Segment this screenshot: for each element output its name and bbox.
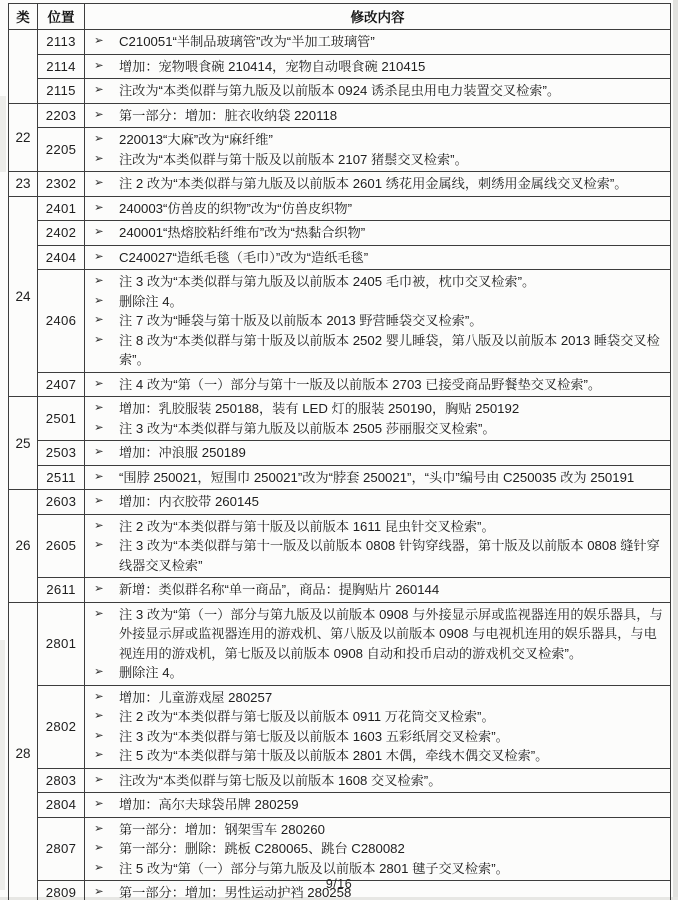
content-cell: ➢注 2 改为“本类似群与第九版及以前版本 2601 绣花用金属线，刺绣用金属线… [85,172,671,197]
table-row: 2802➢增加：儿童游戏屋 280257➢注 2 改为“本类似群与第七版及以前版… [9,685,671,768]
content-cell: ➢增加：乳胶服装 250188，装有 LED 灯的服装 250190，胸贴 25… [85,397,671,441]
arrowhead-bullet-icon: ➢ [85,820,119,840]
content-cell: ➢增加：内衣胶带 260145 [85,490,671,515]
arrowhead-bullet-icon: ➢ [85,292,119,312]
position-cell: 2611 [38,578,85,603]
modification-line: ➢220013“大麻”改为“麻纤维” [85,130,664,150]
position-cell: 2503 [38,441,85,466]
modification-text: 增加：宠物喂食碗 210414，宠物自动喂食碗 210415 [119,57,664,77]
modification-text: 删除注 4。 [119,292,664,312]
position-cell: 2113 [38,30,85,55]
content-cell: ➢240001“热熔胶粘纤维布”改为“热黏合织物” [85,221,671,246]
modification-text: 注 5 改为“本类似群与第十版及以前版本 2801 木偶，牵线木偶交叉检索”。 [119,746,664,766]
page-number: 9/16 [0,877,678,891]
arrowhead-bullet-icon: ➢ [85,580,119,600]
modification-line: ➢注 3 改为“第（一）部分与第九版及以前版本 0908 与外接显示屏或监视器连… [85,605,664,664]
modification-text: 注 5 改为“第（一）部分与第九版及以前版本 2801 毽子交叉检索”。 [119,859,664,879]
modification-text: C210051“半制品玻璃管”改为“半加工玻璃管” [119,32,664,52]
arrowhead-bullet-icon: ➢ [85,32,119,52]
table-row: 2503➢增加：冲浪服 250189 [9,441,671,466]
content-cell: ➢C210051“半制品玻璃管”改为“半加工玻璃管” [85,30,671,55]
table-row: 262603➢增加：内衣胶带 260145 [9,490,671,515]
position-cell: 2115 [38,79,85,104]
table-row: 222203➢第一部分：增加：脏衣收纳袋 220118 [9,103,671,128]
modification-line: ➢注 3 改为“本类似群与第十一版及以前版本 0808 针钩穿线器，第十版及以前… [85,536,664,575]
content-cell: ➢新增：类似群名称“单一商品”，商品：提胸贴片 260144 [85,578,671,603]
modification-line: ➢增加：冲浪服 250189 [85,443,664,463]
modification-text: 240001“热熔胶粘纤维布”改为“热黏合织物” [119,223,664,243]
class-cell: 28 [9,602,38,900]
modification-text: 增加：乳胶服装 250188，装有 LED 灯的服装 250190，胸贴 250… [119,399,664,419]
modification-text: 删除注 4。 [119,663,664,683]
modification-line: ➢“围脖 250021，短围巾 250021”改为“脖套 250021”，“头巾… [85,468,664,488]
arrowhead-bullet-icon: ➢ [85,688,119,708]
arrowhead-bullet-icon: ➢ [85,174,119,194]
modification-text: 注改为“本类似群与第七版及以前版本 1608 交叉检索”。 [119,771,664,791]
modification-line: ➢注 3 改为“本类似群与第七版及以前版本 1603 五彩纸屑交叉检索”。 [85,727,664,747]
content-cell: ➢第一部分：增加：钢架雪车 280260➢第一部分：删除：跳板 C280065、… [85,817,671,881]
modification-text: 注 2 改为“本类似群与第十版及以前版本 1611 昆虫针交叉检索”。 [119,517,664,537]
content-cell: ➢增加：冲浪服 250189 [85,441,671,466]
table-row: 2114➢增加：宠物喂食碗 210414，宠物自动喂食碗 210415 [9,54,671,79]
modification-line: ➢C240027“造纸毛毯（毛巾）”改为“造纸毛毯” [85,248,664,268]
position-cell: 2501 [38,397,85,441]
content-cell: ➢增加：宠物喂食碗 210414，宠物自动喂食碗 210415 [85,54,671,79]
table-row: 2605➢注 2 改为“本类似群与第十版及以前版本 1611 昆虫针交叉检索”。… [9,514,671,578]
modification-text: 220013“大麻”改为“麻纤维” [119,130,664,150]
arrowhead-bullet-icon: ➢ [85,468,119,488]
arrowhead-bullet-icon: ➢ [85,517,119,537]
modification-text: 增加：内衣胶带 260145 [119,492,664,512]
content-cell: ➢注 3 改为“本类似群与第九版及以前版本 2405 毛巾被，枕巾交叉检索”。➢… [85,270,671,373]
table-row: 2406➢注 3 改为“本类似群与第九版及以前版本 2405 毛巾被，枕巾交叉检… [9,270,671,373]
column-header-position: 位置 [38,4,85,30]
arrowhead-bullet-icon: ➢ [85,771,119,791]
arrowhead-bullet-icon: ➢ [85,492,119,512]
modification-text: 注 4 改为“第（一）部分与第十一版及以前版本 2703 已接受商品野餐垫交叉检… [119,375,664,395]
arrowhead-bullet-icon: ➢ [85,746,119,766]
modification-line: ➢注 2 改为“本类似群与第十版及以前版本 1611 昆虫针交叉检索”。 [85,517,664,537]
modification-text: 注 7 改为“睡袋与第十版及以前版本 2013 野营睡袋交叉检索”。 [119,311,664,331]
modification-line: ➢增加：乳胶服装 250188，装有 LED 灯的服装 250190，胸贴 25… [85,399,664,419]
modification-line: ➢新增：类似群名称“单一商品”，商品：提胸贴片 260144 [85,580,664,600]
table-row: 2402➢240001“热熔胶粘纤维布”改为“热黏合织物” [9,221,671,246]
arrowhead-bullet-icon: ➢ [85,331,119,351]
arrowhead-bullet-icon: ➢ [85,150,119,170]
content-cell: ➢240003“仿兽皮的织物”改为“仿兽皮织物” [85,196,671,221]
modification-text: 注 3 改为“本类似群与第十一版及以前版本 0808 针钩穿线器，第十版及以前版… [119,536,664,575]
scan-artifact [0,96,6,172]
modification-text: C240027“造纸毛毯（毛巾）”改为“造纸毛毯” [119,248,664,268]
modification-text: 注 2 改为“本类似群与第九版及以前版本 2601 绣花用金属线，刺绣用金属线交… [119,174,664,194]
content-cell: ➢C240027“造纸毛毯（毛巾）”改为“造纸毛毯” [85,245,671,270]
modification-line: ➢删除注 4。 [85,663,664,683]
modification-line: ➢注 3 改为“本类似群与第九版及以前版本 2405 毛巾被，枕巾交叉检索”。 [85,272,664,292]
position-cell: 2401 [38,196,85,221]
table-row: 282801➢注 3 改为“第（一）部分与第九版及以前版本 0908 与外接显示… [9,602,671,685]
content-cell: ➢注 3 改为“第（一）部分与第九版及以前版本 0908 与外接显示屏或监视器连… [85,602,671,685]
modification-line: ➢注 4 改为“第（一）部分与第十一版及以前版本 2703 已接受商品野餐垫交叉… [85,375,664,395]
position-cell: 2203 [38,103,85,128]
modification-line: ➢增加：内衣胶带 260145 [85,492,664,512]
arrowhead-bullet-icon: ➢ [85,443,119,463]
modification-text: 第一部分：增加：钢架雪车 280260 [119,820,664,840]
arrowhead-bullet-icon: ➢ [85,839,119,859]
column-header-class: 类 [9,4,38,30]
modification-line: ➢第一部分：删除：跳板 C280065、跳台 C280082 [85,839,664,859]
modification-text: 240003“仿兽皮的织物”改为“仿兽皮织物” [119,199,664,219]
arrowhead-bullet-icon: ➢ [85,859,119,879]
position-cell: 2804 [38,793,85,818]
table-body: 2113➢C210051“半制品玻璃管”改为“半加工玻璃管”2114➢增加：宠物… [9,30,671,900]
position-cell: 2402 [38,221,85,246]
position-cell: 2406 [38,270,85,373]
arrowhead-bullet-icon: ➢ [85,707,119,727]
content-cell: ➢“围脖 250021，短围巾 250021”改为“脖套 250021”，“头巾… [85,465,671,490]
class-cell: 26 [9,490,38,603]
position-cell: 2114 [38,54,85,79]
position-cell: 2801 [38,602,85,685]
modification-text: 注改为“本类似群与第九版及以前版本 0924 诱杀昆虫用电力装置交叉检索”。 [119,81,664,101]
arrowhead-bullet-icon: ➢ [85,605,119,625]
modification-line: ➢240003“仿兽皮的织物”改为“仿兽皮织物” [85,199,664,219]
modification-line: ➢注 2 改为“本类似群与第九版及以前版本 2601 绣花用金属线，刺绣用金属线… [85,174,664,194]
modification-table: 类 位置 修改内容 2113➢C210051“半制品玻璃管”改为“半加工玻璃管”… [8,3,671,900]
modification-line: ➢注 3 改为“本类似群与第九版及以前版本 2505 莎丽服交叉检索”。 [85,419,664,439]
modification-text: 第一部分：删除：跳板 C280065、跳台 C280082 [119,839,664,859]
table-row: 2205➢220013“大麻”改为“麻纤维”➢注改为“本类似群与第十版及以前版本… [9,128,671,172]
content-cell: ➢增加：儿童游戏屋 280257➢注 2 改为“本类似群与第七版及以前版本 09… [85,685,671,768]
position-cell: 2802 [38,685,85,768]
modification-line: ➢240001“热熔胶粘纤维布”改为“热黏合织物” [85,223,664,243]
position-cell: 2407 [38,372,85,397]
modification-line: ➢C210051“半制品玻璃管”改为“半加工玻璃管” [85,32,664,52]
arrowhead-bullet-icon: ➢ [85,311,119,331]
content-cell: ➢注 2 改为“本类似群与第十版及以前版本 1611 昆虫针交叉检索”。➢注 3… [85,514,671,578]
table-header-row: 类 位置 修改内容 [9,4,671,30]
arrowhead-bullet-icon: ➢ [85,663,119,683]
position-cell: 2511 [38,465,85,490]
table-row: 252501➢增加：乳胶服装 250188，装有 LED 灯的服装 250190… [9,397,671,441]
class-cell [9,30,38,104]
class-cell: 25 [9,397,38,490]
class-cell: 22 [9,103,38,172]
table-row: 2611➢新增：类似群名称“单一商品”，商品：提胸贴片 260144 [9,578,671,603]
class-cell: 24 [9,196,38,397]
modification-line: ➢注 5 改为“第（一）部分与第九版及以前版本 2801 毽子交叉检索”。 [85,859,664,879]
modification-line: ➢注 7 改为“睡袋与第十版及以前版本 2013 野营睡袋交叉检索”。 [85,311,664,331]
arrowhead-bullet-icon: ➢ [85,223,119,243]
modification-line: ➢增加：儿童游戏屋 280257 [85,688,664,708]
position-cell: 2803 [38,768,85,793]
arrowhead-bullet-icon: ➢ [85,81,119,101]
modification-text: 增加：儿童游戏屋 280257 [119,688,664,708]
modification-line: ➢注改为“本类似群与第十版及以前版本 2107 猪鬃交叉检索”。 [85,150,664,170]
table-row: 2407➢注 4 改为“第（一）部分与第十一版及以前版本 2703 已接受商品野… [9,372,671,397]
arrowhead-bullet-icon: ➢ [85,419,119,439]
scan-edge [673,0,678,900]
arrowhead-bullet-icon: ➢ [85,106,119,126]
modification-text: 注 3 改为“第（一）部分与第九版及以前版本 0908 与外接显示屏或监视器连用… [119,605,664,664]
table-row: 2807➢第一部分：增加：钢架雪车 280260➢第一部分：删除：跳板 C280… [9,817,671,881]
modification-line: ➢第一部分：增加：钢架雪车 280260 [85,820,664,840]
modification-text: 注 3 改为“本类似群与第九版及以前版本 2505 莎丽服交叉检索”。 [119,419,664,439]
modification-line: ➢注 8 改为“本类似群与第十版及以前版本 2502 婴儿睡袋，第八版及以前版本… [85,331,664,370]
modification-line: ➢第一部分：增加：脏衣收纳袋 220118 [85,106,664,126]
content-cell: ➢注改为“本类似群与第七版及以前版本 1608 交叉检索”。 [85,768,671,793]
modification-line: ➢增加：宠物喂食碗 210414，宠物自动喂食碗 210415 [85,57,664,77]
arrowhead-bullet-icon: ➢ [85,248,119,268]
position-cell: 2807 [38,817,85,881]
table-row: 232302➢注 2 改为“本类似群与第九版及以前版本 2601 绣花用金属线，… [9,172,671,197]
arrowhead-bullet-icon: ➢ [85,795,119,815]
class-cell: 23 [9,172,38,197]
modification-text: 增加：冲浪服 250189 [119,443,664,463]
table-row: 2804➢增加：高尔夫球袋吊牌 280259 [9,793,671,818]
table-row: 2113➢C210051“半制品玻璃管”改为“半加工玻璃管” [9,30,671,55]
modification-text: 注 8 改为“本类似群与第十版及以前版本 2502 婴儿睡袋，第八版及以前版本 … [119,331,664,370]
content-cell: ➢220013“大麻”改为“麻纤维”➢注改为“本类似群与第十版及以前版本 210… [85,128,671,172]
table-row: 2404➢C240027“造纸毛毯（毛巾）”改为“造纸毛毯” [9,245,671,270]
modification-text: 注改为“本类似群与第十版及以前版本 2107 猪鬃交叉检索”。 [119,150,664,170]
modification-line: ➢注改为“本类似群与第九版及以前版本 0924 诱杀昆虫用电力装置交叉检索”。 [85,81,664,101]
modification-text: 第一部分：增加：脏衣收纳袋 220118 [119,106,664,126]
modification-line: ➢注 2 改为“本类似群与第七版及以前版本 0911 万花筒交叉检索”。 [85,707,664,727]
position-cell: 2302 [38,172,85,197]
arrowhead-bullet-icon: ➢ [85,199,119,219]
position-cell: 2205 [38,128,85,172]
content-cell: ➢注改为“本类似群与第九版及以前版本 0924 诱杀昆虫用电力装置交叉检索”。 [85,79,671,104]
arrowhead-bullet-icon: ➢ [85,727,119,747]
arrowhead-bullet-icon: ➢ [85,272,119,292]
modification-line: ➢删除注 4。 [85,292,664,312]
modification-text: 注 2 改为“本类似群与第七版及以前版本 0911 万花筒交叉检索”。 [119,707,664,727]
content-cell: ➢增加：高尔夫球袋吊牌 280259 [85,793,671,818]
position-cell: 2605 [38,514,85,578]
position-cell: 2603 [38,490,85,515]
modification-text: 注 3 改为“本类似群与第七版及以前版本 1603 五彩纸屑交叉检索”。 [119,727,664,747]
modification-text: 增加：高尔夫球袋吊牌 280259 [119,795,664,815]
table-row: 2803➢注改为“本类似群与第七版及以前版本 1608 交叉检索”。 [9,768,671,793]
table-row: 2511➢“围脖 250021，短围巾 250021”改为“脖套 250021”… [9,465,671,490]
arrowhead-bullet-icon: ➢ [85,130,119,150]
table-row: 242401➢240003“仿兽皮的织物”改为“仿兽皮织物” [9,196,671,221]
position-cell: 2404 [38,245,85,270]
modification-text: 新增：类似群名称“单一商品”，商品：提胸贴片 260144 [119,580,664,600]
modification-line: ➢注改为“本类似群与第七版及以前版本 1608 交叉检索”。 [85,771,664,791]
modification-line: ➢增加：高尔夫球袋吊牌 280259 [85,795,664,815]
arrowhead-bullet-icon: ➢ [85,375,119,395]
content-cell: ➢注 4 改为“第（一）部分与第十一版及以前版本 2703 已接受商品野餐垫交叉… [85,372,671,397]
content-cell: ➢第一部分：增加：脏衣收纳袋 220118 [85,103,671,128]
arrowhead-bullet-icon: ➢ [85,536,119,556]
document-page: 类 位置 修改内容 2113➢C210051“半制品玻璃管”改为“半加工玻璃管”… [0,0,678,900]
table-row: 2115➢注改为“本类似群与第九版及以前版本 0924 诱杀昆虫用电力装置交叉检… [9,79,671,104]
arrowhead-bullet-icon: ➢ [85,399,119,419]
modification-text: 注 3 改为“本类似群与第九版及以前版本 2405 毛巾被，枕巾交叉检索”。 [119,272,664,292]
modification-line: ➢注 5 改为“本类似群与第十版及以前版本 2801 木偶，牵线木偶交叉检索”。 [85,746,664,766]
column-header-content: 修改内容 [85,4,671,30]
modification-text: “围脖 250021，短围巾 250021”改为“脖套 250021”，“头巾”… [119,468,664,488]
scan-artifact [0,640,5,890]
arrowhead-bullet-icon: ➢ [85,57,119,77]
